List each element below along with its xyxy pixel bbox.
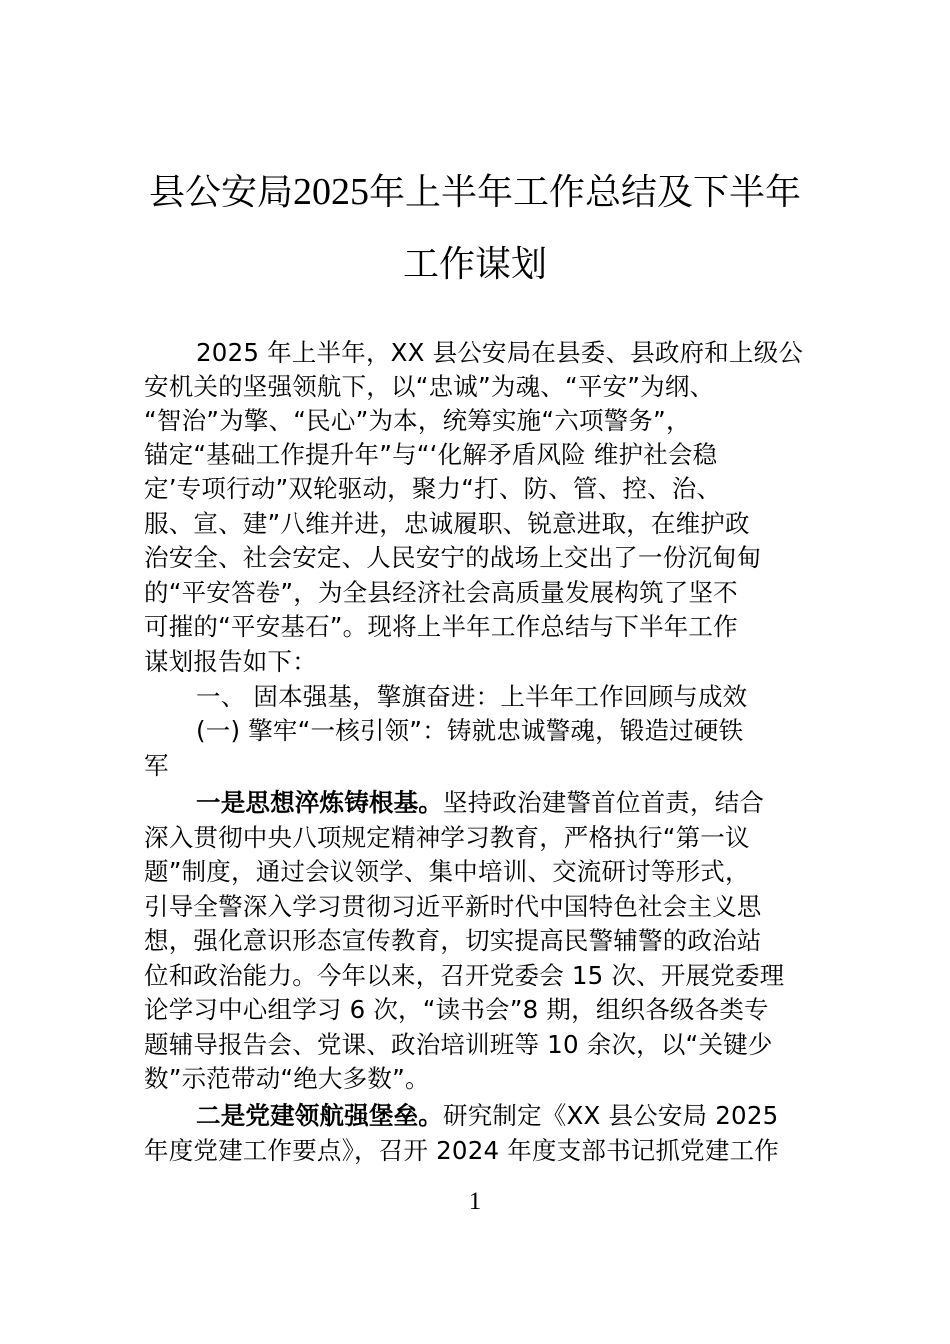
intro-line: “智治”为擎、“民心”为本，统筹实施“六项警务”， xyxy=(144,404,809,438)
para-1-text: 坚持政治建警首位首责，结合 xyxy=(443,788,764,817)
para-1-first-line: 一是思想淬炼铸根基。坚持政治建警首位首责，结合 xyxy=(196,786,861,820)
intro-line: 可摧的“平安基石”。现将上半年工作总结与下半年工作 xyxy=(144,610,809,644)
intro-line: 谋划报告如下： xyxy=(144,645,809,679)
intro-line: 治安全、社会安定、人民安宁的战场上交出了一份沉甸甸 xyxy=(144,541,809,575)
intro-line: 定’专项行动”双轮驱动，聚力“打、防、管、控、治、 xyxy=(144,472,809,506)
para-2-first-line: 二是党建领航强堡垒。研究制定《XX 县公安局 2025 xyxy=(196,1099,861,1133)
para-2-line: 年度党建工作要点》，召开 2024 年度支部书记抓党建工作 xyxy=(144,1134,809,1168)
para-1-line: 题”制度，通过会议领学、集中培训、交流研讨等形式， xyxy=(144,855,809,889)
title-text: 年上半年工作总结及下半年 xyxy=(369,172,801,213)
page-number: 1 xyxy=(0,1188,950,1216)
intro-line: 的“平安答卷”，为全县经济社会高质量发展构筑了坚不 xyxy=(144,576,809,610)
para-2-text: 研究制定《XX 县公安局 2025 xyxy=(443,1101,778,1130)
para-1-line: 位和政治能力。今年以来，召开党委会 15 次、开展党委理 xyxy=(144,959,809,993)
para-1-lead: 一是思想淬炼铸根基。 xyxy=(196,788,443,817)
intro-line: 服、宣、建”八维并进，忠诚履职、锐意进取，在维护政 xyxy=(144,507,809,541)
para-1-line: 引导全警深入学习贯彻习近平新时代中国特色社会主义思 xyxy=(144,890,809,924)
para-2-lead: 二是党建领航强堡垒。 xyxy=(196,1101,443,1130)
para-1-line: 题辅导报告会、党课、政治培训班等 10 余次，以“关键少 xyxy=(144,1028,809,1062)
document-title-line-1: 县公安局2025年上半年工作总结及下半年 xyxy=(140,172,810,213)
document-title-line-2: 工作谋划 xyxy=(140,245,810,285)
para-1-line: 深入贯彻中央八项规定精神学习教育，严格执行“第一议 xyxy=(144,821,809,855)
document-page: 县公安局2025年上半年工作总结及下半年 工作谋划 2025 年上半年，XX 县… xyxy=(0,0,950,1344)
para-1-line: 数”示范带动“绝大多数”。 xyxy=(144,1062,809,1096)
title-text: 县公安局 xyxy=(149,172,293,213)
intro-line: 锚定“基础工作提升年”与“‘化解矛盾风险 维护社会稳 xyxy=(144,438,809,472)
title-year: 2025 xyxy=(293,171,369,213)
subsection-1-heading-cont: 军 xyxy=(144,749,809,783)
para-1-line: 论学习中心组学习 6 次，“读书会”8 期，组织各级各类专 xyxy=(144,993,809,1027)
intro-line: 安机关的坚强领航下，以“忠诚”为魂、“平安”为纲、 xyxy=(144,370,809,404)
subsection-1-heading: (一) 擎牢“一核引领”：铸就忠诚警魂，锻造过硬铁 xyxy=(196,714,861,748)
intro-line: 2025 年上半年，XX 县公安局在县委、县政府和上级公 xyxy=(196,336,861,370)
section-1-heading: 一、 固本强基，擎旗奋进：上半年工作回顾与成效 xyxy=(196,680,861,714)
para-1-line: 想，强化意识形态宣传教育，切实提高民警辅警的政治站 xyxy=(144,924,809,958)
